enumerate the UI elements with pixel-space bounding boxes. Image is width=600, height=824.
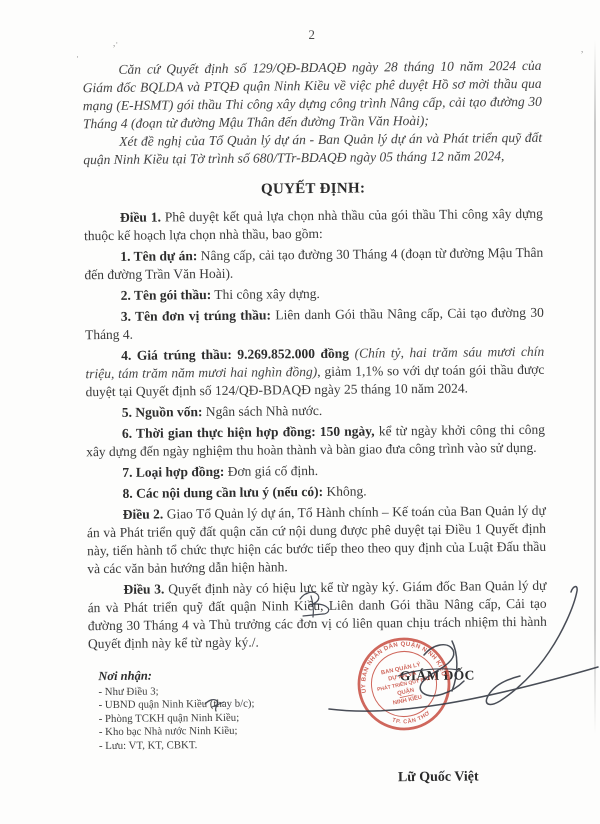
signature-block: GIÁM ĐỐC Lữ Quốc Việt [331, 666, 544, 788]
article-1-label: Điều 1. [120, 209, 161, 224]
item-label: 2. Tên gói thầu: [121, 287, 212, 303]
item-label: 4. Giá trúng thầu: [121, 347, 232, 363]
item-text: Thi công xây dựng. [211, 286, 320, 302]
scan-speck: , [581, 44, 583, 54]
recipient-line: - UBND quận Ninh Kiều (thay b/c); [99, 698, 255, 713]
article-3-label: Điều 3. [123, 581, 164, 596]
page-number: 2 [82, 24, 541, 46]
document-content: 2 Căn cứ Quyết định số 129/QĐ-BDAQĐ ngày… [82, 24, 548, 790]
closing-block: Nơi nhận: - Như Điều 3; - UBND quận Ninh… [88, 666, 548, 790]
item-text: Không. [323, 484, 367, 499]
item-contract-type: 7. Loại hợp đồng: Đơn giá cố định. [86, 460, 545, 482]
item-label: 1. Tên dự án: [120, 248, 197, 264]
scan-speck: · [76, 52, 79, 62]
item-winning-contractor: 3. Tên đơn vị trúng thầu: Liên danh Gói … [85, 304, 544, 344]
preamble-text: Căn cứ Quyết định số 129/QĐ-BDAQĐ ngày 2… [83, 58, 542, 131]
preamble-paragraph: Căn cứ Quyết định số 129/QĐ-BDAQĐ ngày 2… [82, 57, 542, 133]
recipients-title: Nơi nhận: [98, 669, 254, 684]
item-value: 9.269.852.000 đồng [232, 346, 349, 362]
item-funding-source: 5. Nguồn vốn: Ngân sách Nhà nước. [86, 400, 545, 422]
decision-heading: QUYẾT ĐỊNH: [84, 178, 543, 200]
item-value: 150 ngày, [316, 423, 375, 439]
item-label: 3. Tên đơn vị trúng thầu: [121, 307, 271, 323]
item-text: Ngân sách Nhà nước. [202, 403, 322, 419]
article-3: Điều 3. Quyết định này có hiệu lực kể từ… [87, 577, 547, 653]
item-package-name: 2. Tên gói thầu: Thi công xây dựng. [85, 283, 544, 305]
recipient-line: - Kho bạc Nhà nước Ninh Kiều; [99, 725, 255, 740]
item-contract-duration: 6. Thời gian thực hiện hợp đồng: 150 ngà… [86, 421, 545, 461]
item-label: 5. Nguồn vốn: [122, 404, 203, 420]
recipients-block: Nơi nhận: - Như Điều 3; - UBND quận Ninh… [88, 669, 255, 791]
article-2-label: Điều 2. [123, 506, 164, 521]
signer-title: GIÁM ĐỐC [331, 666, 543, 686]
preamble-text: Xét đề nghị của Tổ Quản lý dự án - Ban Q… [83, 130, 542, 167]
scan-page-edge [594, 40, 596, 734]
item-text: Đơn giá cố định. [224, 463, 318, 479]
item-notes: 8. Các nội dung cần lưu ý (nếu có): Khôn… [86, 481, 545, 503]
article-1: Điều 1. Phê duyệt kết quả lựa chọn nhà t… [84, 205, 543, 245]
article-2: Điều 2. Giao Tổ Quản lý dự án, Tổ Hành c… [87, 502, 547, 578]
item-label: 7. Loại hợp đồng: [122, 464, 224, 480]
recipient-line: - Lưu: VT, KT, CBKT. [99, 738, 255, 753]
signer-name: Lữ Quốc Việt [332, 768, 544, 788]
document-page: ,· · , 2 Căn cứ Quyết định số 129/QĐ-BDA… [0, 0, 600, 824]
item-label: 6. Thời gian thực hiện hợp đồng: [122, 424, 316, 441]
item-project-name: 1. Tên dự án: Nâng cấp, cải tạo đường 30… [84, 244, 543, 284]
preamble-paragraph: Xét đề nghị của Tổ Quản lý dự án - Ban Q… [83, 129, 542, 169]
item-label: 8. Các nội dung cần lưu ý (nếu có): [122, 484, 323, 501]
item-winning-price: 4. Giá trúng thầu: 9.269.852.000 đồng (C… [85, 343, 544, 401]
